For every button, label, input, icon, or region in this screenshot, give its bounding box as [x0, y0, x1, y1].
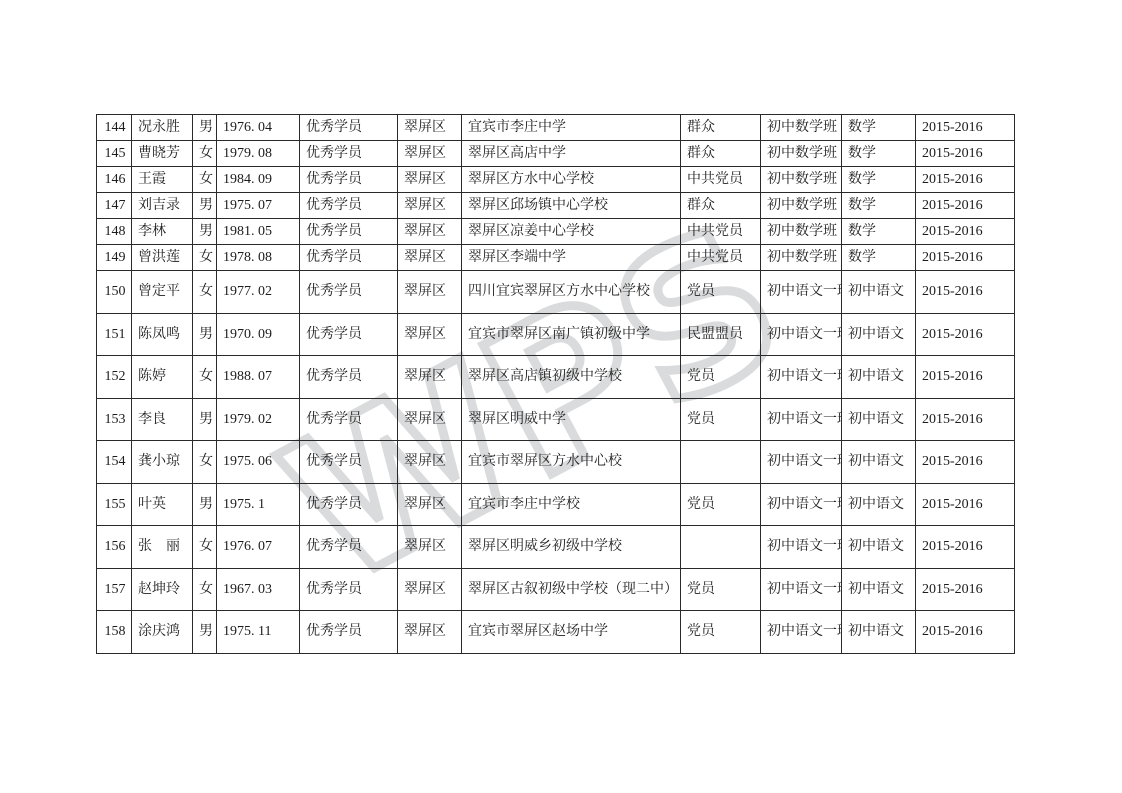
cell-year: 2015-2016	[916, 483, 1015, 526]
cell-year: 2015-2016	[916, 398, 1015, 441]
cell-name: 叶英	[132, 483, 193, 526]
cell-political_status	[681, 441, 761, 484]
table-row: 155叶英男1975. 1优秀学员翠屏区宜宾市李庄中学校党员初中语文一班初中语文…	[97, 483, 1015, 526]
cell-no: 155	[97, 483, 132, 526]
cell-political_status: 中共党员	[681, 219, 761, 245]
cell-birth_date: 1988. 07	[217, 356, 300, 399]
cell-no: 153	[97, 398, 132, 441]
cell-political_status: 党员	[681, 356, 761, 399]
cell-gender: 男	[193, 483, 217, 526]
cell-district: 翠屏区	[398, 115, 462, 141]
cell-name: 王霞	[132, 167, 193, 193]
table-row: 153李良男1979. 02优秀学员翠屏区翠屏区明威中学党员初中语文一班初中语文…	[97, 398, 1015, 441]
cell-birth_date: 1977. 02	[217, 271, 300, 314]
cell-award: 优秀学员	[300, 568, 398, 611]
cell-political_status: 中共党员	[681, 167, 761, 193]
cell-year: 2015-2016	[916, 219, 1015, 245]
cell-class: 初中数学班	[761, 115, 842, 141]
cell-birth_date: 1979. 02	[217, 398, 300, 441]
cell-class: 初中语文一班	[761, 483, 842, 526]
cell-political_status: 党员	[681, 611, 761, 654]
cell-subject: 数学	[842, 141, 916, 167]
cell-political_status: 群众	[681, 193, 761, 219]
table-row: 149曾洪莲女1978. 08优秀学员翠屏区翠屏区李端中学中共党员初中数学班数学…	[97, 245, 1015, 271]
cell-gender: 男	[193, 313, 217, 356]
table-row: 147刘吉录男1975. 07优秀学员翠屏区翠屏区邱场镇中心学校群众初中数学班数…	[97, 193, 1015, 219]
cell-award: 优秀学员	[300, 245, 398, 271]
cell-birth_date: 1970. 09	[217, 313, 300, 356]
cell-no: 158	[97, 611, 132, 654]
roster-table-body: 144况永胜男1976. 04优秀学员翠屏区宜宾市李庄中学群众初中数学班数学20…	[97, 115, 1015, 654]
cell-no: 149	[97, 245, 132, 271]
cell-no: 154	[97, 441, 132, 484]
cell-subject: 初中语文	[842, 483, 916, 526]
table-row: 150曾定平女1977. 02优秀学员翠屏区四川宜宾翠屏区方水中心学校党员初中语…	[97, 271, 1015, 314]
cell-subject: 数学	[842, 167, 916, 193]
cell-class: 初中语文一班	[761, 313, 842, 356]
cell-birth_date: 1975. 1	[217, 483, 300, 526]
cell-school: 宜宾市翠屏区南广镇初级中学	[462, 313, 681, 356]
cell-year: 2015-2016	[916, 313, 1015, 356]
table-row: 154龚小琼女1975. 06优秀学员翠屏区宜宾市翠屏区方水中心校初中语文一班初…	[97, 441, 1015, 484]
cell-gender: 女	[193, 141, 217, 167]
cell-award: 优秀学员	[300, 526, 398, 569]
cell-school: 宜宾市李庄中学	[462, 115, 681, 141]
cell-name: 张 丽	[132, 526, 193, 569]
cell-year: 2015-2016	[916, 568, 1015, 611]
cell-district: 翠屏区	[398, 313, 462, 356]
cell-subject: 初中语文	[842, 441, 916, 484]
cell-subject: 数学	[842, 245, 916, 271]
cell-no: 150	[97, 271, 132, 314]
cell-district: 翠屏区	[398, 219, 462, 245]
cell-political_status: 中共党员	[681, 245, 761, 271]
cell-year: 2015-2016	[916, 441, 1015, 484]
cell-class: 初中语文一班	[761, 398, 842, 441]
cell-birth_date: 1976. 07	[217, 526, 300, 569]
cell-no: 144	[97, 115, 132, 141]
roster-table: 144况永胜男1976. 04优秀学员翠屏区宜宾市李庄中学群众初中数学班数学20…	[96, 114, 1015, 654]
cell-year: 2015-2016	[916, 356, 1015, 399]
cell-district: 翠屏区	[398, 167, 462, 193]
cell-year: 2015-2016	[916, 245, 1015, 271]
cell-birth_date: 1976. 04	[217, 115, 300, 141]
document-page: WPS 144况永胜男1976. 04优秀学员翠屏区宜宾市李庄中学群众初中数学班…	[0, 0, 1122, 793]
cell-birth_date: 1967. 03	[217, 568, 300, 611]
cell-district: 翠屏区	[398, 245, 462, 271]
cell-gender: 女	[193, 167, 217, 193]
cell-name: 李良	[132, 398, 193, 441]
cell-name: 龚小琼	[132, 441, 193, 484]
cell-class: 初中语文一班	[761, 526, 842, 569]
cell-award: 优秀学员	[300, 313, 398, 356]
cell-class: 初中语文一班	[761, 568, 842, 611]
cell-political_status: 党员	[681, 398, 761, 441]
cell-political_status: 民盟盟员	[681, 313, 761, 356]
cell-award: 优秀学员	[300, 219, 398, 245]
table-row: 157赵坤玲女1967. 03优秀学员翠屏区翠屏区古叙初级中学校（现二中）党员初…	[97, 568, 1015, 611]
cell-birth_date: 1978. 08	[217, 245, 300, 271]
cell-gender: 男	[193, 115, 217, 141]
cell-school: 翠屏区邱场镇中心学校	[462, 193, 681, 219]
cell-political_status: 群众	[681, 115, 761, 141]
cell-award: 优秀学员	[300, 483, 398, 526]
cell-political_status: 党员	[681, 568, 761, 611]
table-row: 152陈婷女1988. 07优秀学员翠屏区翠屏区高店镇初级中学校党员初中语文一班…	[97, 356, 1015, 399]
cell-subject: 初中语文	[842, 526, 916, 569]
table-row: 144况永胜男1976. 04优秀学员翠屏区宜宾市李庄中学群众初中数学班数学20…	[97, 115, 1015, 141]
table-row: 145曹晓芳女1979. 08优秀学员翠屏区翠屏区高店中学群众初中数学班数学20…	[97, 141, 1015, 167]
cell-school: 翠屏区李端中学	[462, 245, 681, 271]
cell-district: 翠屏区	[398, 141, 462, 167]
cell-class: 初中语文一班	[761, 271, 842, 314]
cell-birth_date: 1975. 06	[217, 441, 300, 484]
cell-class: 初中数学班	[761, 167, 842, 193]
cell-class: 初中语文一班	[761, 611, 842, 654]
table-row: 148李林男1981. 05优秀学员翠屏区翠屏区凉姜中心学校中共党员初中数学班数…	[97, 219, 1015, 245]
table-row: 158涂庆鸿男1975. 11优秀学员翠屏区宜宾市翠屏区赵场中学党员初中语文一班…	[97, 611, 1015, 654]
table-row: 156张 丽女1976. 07优秀学员翠屏区翠屏区明威乡初级中学校初中语文一班初…	[97, 526, 1015, 569]
cell-no: 145	[97, 141, 132, 167]
cell-name: 曹晓芳	[132, 141, 193, 167]
cell-gender: 男	[193, 193, 217, 219]
cell-district: 翠屏区	[398, 568, 462, 611]
cell-name: 涂庆鸿	[132, 611, 193, 654]
cell-no: 157	[97, 568, 132, 611]
cell-year: 2015-2016	[916, 611, 1015, 654]
cell-class: 初中数学班	[761, 245, 842, 271]
cell-subject: 初中语文	[842, 313, 916, 356]
cell-no: 151	[97, 313, 132, 356]
cell-no: 148	[97, 219, 132, 245]
cell-district: 翠屏区	[398, 441, 462, 484]
cell-class: 初中数学班	[761, 141, 842, 167]
cell-no: 152	[97, 356, 132, 399]
cell-political_status: 群众	[681, 141, 761, 167]
cell-birth_date: 1981. 05	[217, 219, 300, 245]
cell-birth_date: 1984. 09	[217, 167, 300, 193]
cell-subject: 初中语文	[842, 271, 916, 314]
cell-class: 初中数学班	[761, 219, 842, 245]
cell-gender: 女	[193, 356, 217, 399]
cell-name: 曾洪莲	[132, 245, 193, 271]
table-row: 151陈凤鸣男1970. 09优秀学员翠屏区宜宾市翠屏区南广镇初级中学民盟盟员初…	[97, 313, 1015, 356]
cell-school: 翠屏区方水中心学校	[462, 167, 681, 193]
cell-subject: 数学	[842, 219, 916, 245]
cell-name: 陈凤鸣	[132, 313, 193, 356]
cell-gender: 男	[193, 611, 217, 654]
cell-class: 初中数学班	[761, 193, 842, 219]
cell-school: 翠屏区高店中学	[462, 141, 681, 167]
cell-gender: 女	[193, 245, 217, 271]
cell-name: 刘吉录	[132, 193, 193, 219]
cell-award: 优秀学员	[300, 611, 398, 654]
cell-name: 况永胜	[132, 115, 193, 141]
cell-award: 优秀学员	[300, 356, 398, 399]
cell-year: 2015-2016	[916, 526, 1015, 569]
cell-district: 翠屏区	[398, 483, 462, 526]
table-row: 146王霞女1984. 09优秀学员翠屏区翠屏区方水中心学校中共党员初中数学班数…	[97, 167, 1015, 193]
cell-political_status: 党员	[681, 483, 761, 526]
cell-political_status: 党员	[681, 271, 761, 314]
cell-name: 曾定平	[132, 271, 193, 314]
cell-award: 优秀学员	[300, 115, 398, 141]
cell-district: 翠屏区	[398, 398, 462, 441]
cell-gender: 女	[193, 568, 217, 611]
cell-school: 宜宾市翠屏区赵场中学	[462, 611, 681, 654]
cell-gender: 男	[193, 219, 217, 245]
cell-class: 初中语文一班	[761, 356, 842, 399]
cell-birth_date: 1975. 11	[217, 611, 300, 654]
cell-year: 2015-2016	[916, 193, 1015, 219]
cell-year: 2015-2016	[916, 115, 1015, 141]
cell-no: 146	[97, 167, 132, 193]
cell-name: 赵坤玲	[132, 568, 193, 611]
cell-school: 翠屏区古叙初级中学校（现二中）	[462, 568, 681, 611]
cell-year: 2015-2016	[916, 141, 1015, 167]
cell-district: 翠屏区	[398, 271, 462, 314]
cell-award: 优秀学员	[300, 271, 398, 314]
cell-subject: 初中语文	[842, 568, 916, 611]
cell-school: 翠屏区明威乡初级中学校	[462, 526, 681, 569]
cell-birth_date: 1975. 07	[217, 193, 300, 219]
cell-subject: 初中语文	[842, 611, 916, 654]
cell-award: 优秀学员	[300, 441, 398, 484]
cell-award: 优秀学员	[300, 167, 398, 193]
cell-gender: 女	[193, 441, 217, 484]
cell-gender: 女	[193, 526, 217, 569]
cell-subject: 数学	[842, 193, 916, 219]
cell-year: 2015-2016	[916, 271, 1015, 314]
cell-gender: 女	[193, 271, 217, 314]
cell-name: 李林	[132, 219, 193, 245]
cell-no: 147	[97, 193, 132, 219]
cell-subject: 初中语文	[842, 398, 916, 441]
cell-school: 宜宾市翠屏区方水中心校	[462, 441, 681, 484]
cell-class: 初中语文一班	[761, 441, 842, 484]
cell-award: 优秀学员	[300, 193, 398, 219]
cell-school: 四川宜宾翠屏区方水中心学校	[462, 271, 681, 314]
cell-subject: 初中语文	[842, 356, 916, 399]
cell-district: 翠屏区	[398, 356, 462, 399]
cell-award: 优秀学员	[300, 398, 398, 441]
cell-year: 2015-2016	[916, 167, 1015, 193]
cell-district: 翠屏区	[398, 611, 462, 654]
cell-district: 翠屏区	[398, 526, 462, 569]
cell-school: 翠屏区明威中学	[462, 398, 681, 441]
cell-school: 翠屏区高店镇初级中学校	[462, 356, 681, 399]
cell-no: 156	[97, 526, 132, 569]
cell-name: 陈婷	[132, 356, 193, 399]
cell-school: 翠屏区凉姜中心学校	[462, 219, 681, 245]
cell-school: 宜宾市李庄中学校	[462, 483, 681, 526]
cell-gender: 男	[193, 398, 217, 441]
cell-district: 翠屏区	[398, 193, 462, 219]
cell-birth_date: 1979. 08	[217, 141, 300, 167]
cell-subject: 数学	[842, 115, 916, 141]
cell-award: 优秀学员	[300, 141, 398, 167]
cell-political_status	[681, 526, 761, 569]
